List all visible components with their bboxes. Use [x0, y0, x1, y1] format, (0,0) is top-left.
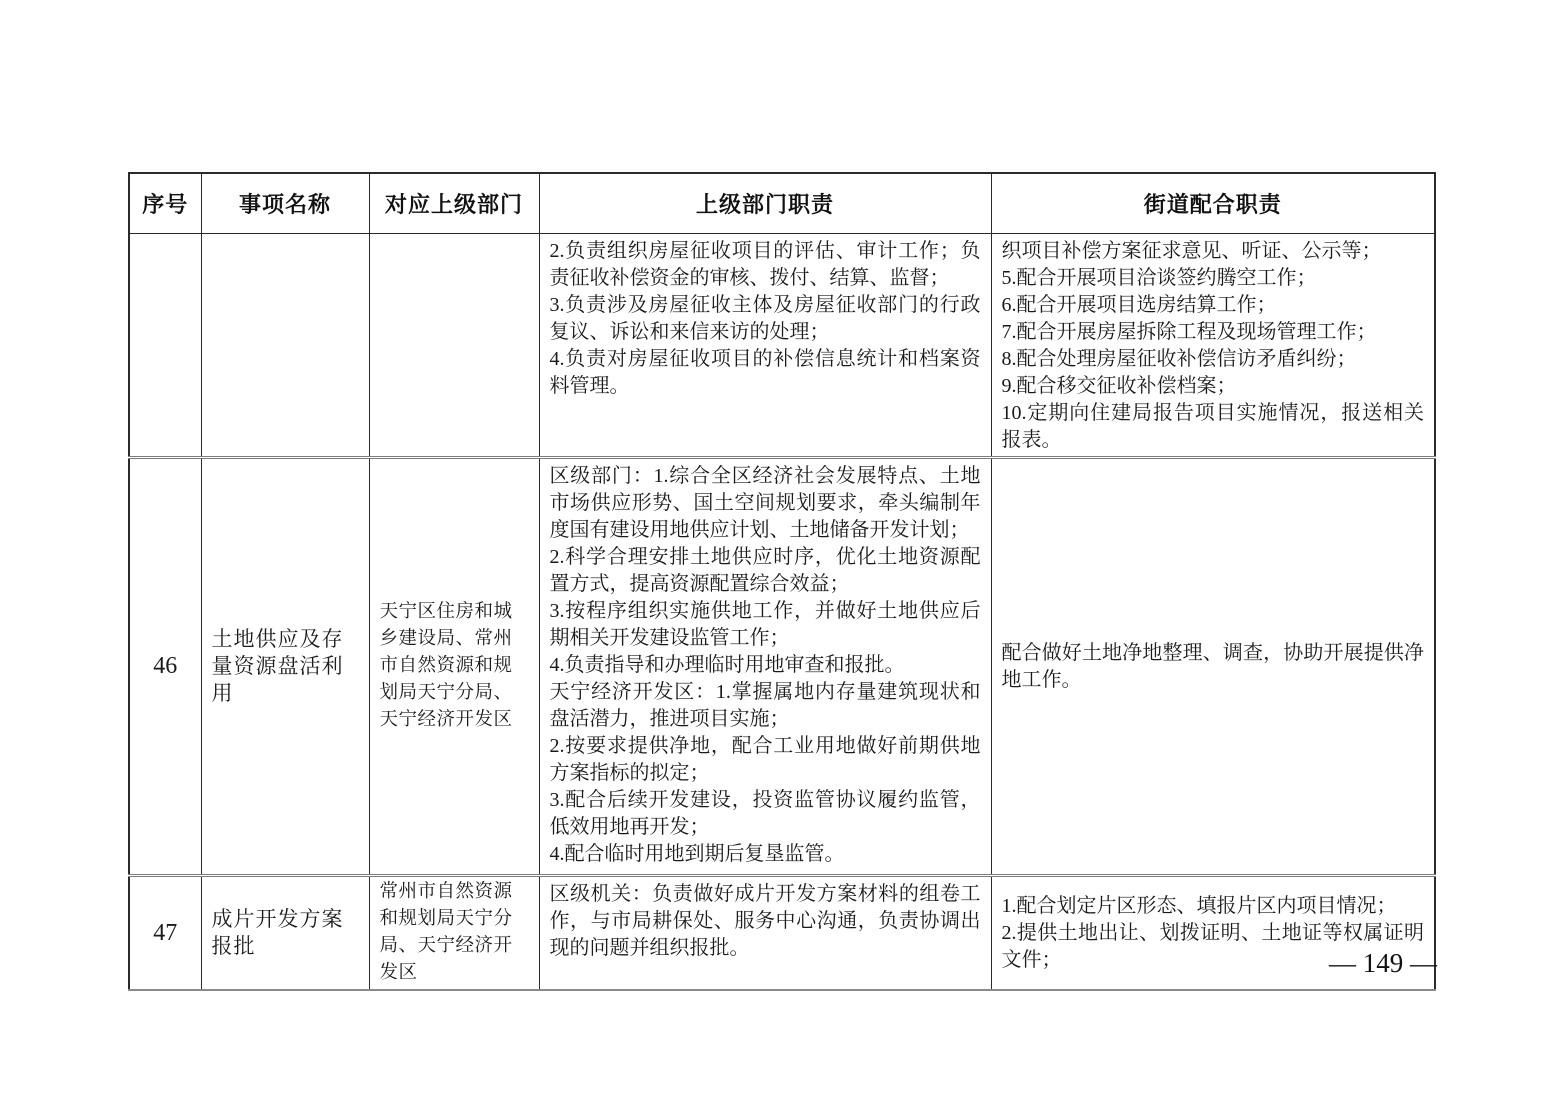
cell-text: 土地供应及存量资源盘活利用 — [202, 624, 369, 709]
cell-serial — [129, 234, 201, 458]
cell-item-name: 成片开发方案报批 — [201, 876, 369, 991]
cell-text: 天宁区住房和城乡建设局、常州市自然资源和规划局天宁分局、天宁经济开发区 — [370, 597, 539, 736]
table-row: 2.负责组织房屋征收项目的评估、审计工作；负责征收补偿资金的审核、拨付、结算、监… — [129, 234, 1435, 458]
cell-serial: 46 — [129, 458, 201, 876]
document-page: 序号事项名称对应上级部门上级部门职责街道配合职责 2.负责组织房屋征收项目的评估… — [0, 0, 1559, 1102]
header-row: 序号事项名称对应上级部门上级部门职责街道配合职责 — [129, 173, 1435, 234]
cell-superior-department: 天宁区住房和城乡建设局、常州市自然资源和规划局天宁分局、天宁经济开发区 — [369, 458, 539, 876]
cell-text: 常州市自然资源和规划局天宁分局、天宁经济开发区 — [370, 877, 539, 989]
table-row: 46土地供应及存量资源盘活利用天宁区住房和城乡建设局、常州市自然资源和规划局天宁… — [129, 458, 1435, 876]
column-header-item-name: 事项名称 — [201, 173, 369, 234]
cell-superior-department — [369, 234, 539, 458]
column-header-superior-duties: 上级部门职责 — [539, 173, 991, 234]
cell-item-name: 土地供应及存量资源盘活利用 — [201, 458, 369, 876]
cell-text: 配合做好土地净地整理、调查，协助开展提供净地工作。 — [992, 638, 1435, 696]
cell-text: 2.负责组织房屋征收项目的评估、审计工作；负责征收补偿资金的审核、拨付、结算、监… — [540, 234, 991, 402]
column-header-street-duties: 街道配合职责 — [991, 173, 1435, 234]
cell-text — [370, 343, 539, 347]
cell-item-name — [201, 234, 369, 458]
responsibility-table: 序号事项名称对应上级部门上级部门职责街道配合职责 2.负责组织房屋征收项目的评估… — [128, 172, 1436, 991]
cell-superior-duties: 区级部门：1.综合全区经济社会发展特点、土地市场供应形势、国土空间规划要求，牵头… — [539, 458, 991, 876]
cell-text: 47 — [130, 920, 201, 947]
column-header-superior-department: 对应上级部门 — [369, 173, 539, 234]
cell-street-duties: 配合做好土地净地整理、调查，协助开展提供净地工作。 — [991, 458, 1435, 876]
cell-text: 织项目补偿方案征求意见、听证、公示等； 5.配合开展项目洽谈签约腾空工作； 6.… — [992, 234, 1435, 456]
column-header-serial: 序号 — [129, 173, 201, 234]
cell-text: 46 — [130, 653, 201, 680]
cell-serial: 47 — [129, 876, 201, 991]
cell-text: 区级部门：1.综合全区经济社会发展特点、土地市场供应形势、国土空间规划要求，牵头… — [540, 459, 991, 870]
cell-superior-department: 常州市自然资源和规划局天宁分局、天宁经济开发区 — [369, 876, 539, 991]
table-row: 47成片开发方案报批常州市自然资源和规划局天宁分局、天宁经济开发区区级机关：负责… — [129, 876, 1435, 991]
table-header: 序号事项名称对应上级部门上级部门职责街道配合职责 — [129, 173, 1435, 234]
cell-street-duties: 织项目补偿方案征求意见、听证、公示等； 5.配合开展项目洽谈签约腾空工作； 6.… — [991, 234, 1435, 458]
cell-superior-duties: 2.负责组织房屋征收项目的评估、审计工作；负责征收补偿资金的审核、拨付、结算、监… — [539, 234, 991, 458]
table-body: 2.负责组织房屋征收项目的评估、审计工作；负责征收补偿资金的审核、拨付、结算、监… — [129, 234, 1435, 991]
cell-text — [202, 343, 369, 347]
cell-superior-duties: 区级机关：负责做好成片开发方案材料的组卷工作，与市局耕保处、服务中心沟通，负责协… — [539, 876, 991, 991]
cell-text: 成片开发方案报批 — [202, 904, 369, 962]
cell-text: 区级机关：负责做好成片开发方案材料的组卷工作，与市局耕保处、服务中心沟通，负责协… — [540, 877, 991, 964]
page-number: — 149 — — [1328, 948, 1438, 979]
